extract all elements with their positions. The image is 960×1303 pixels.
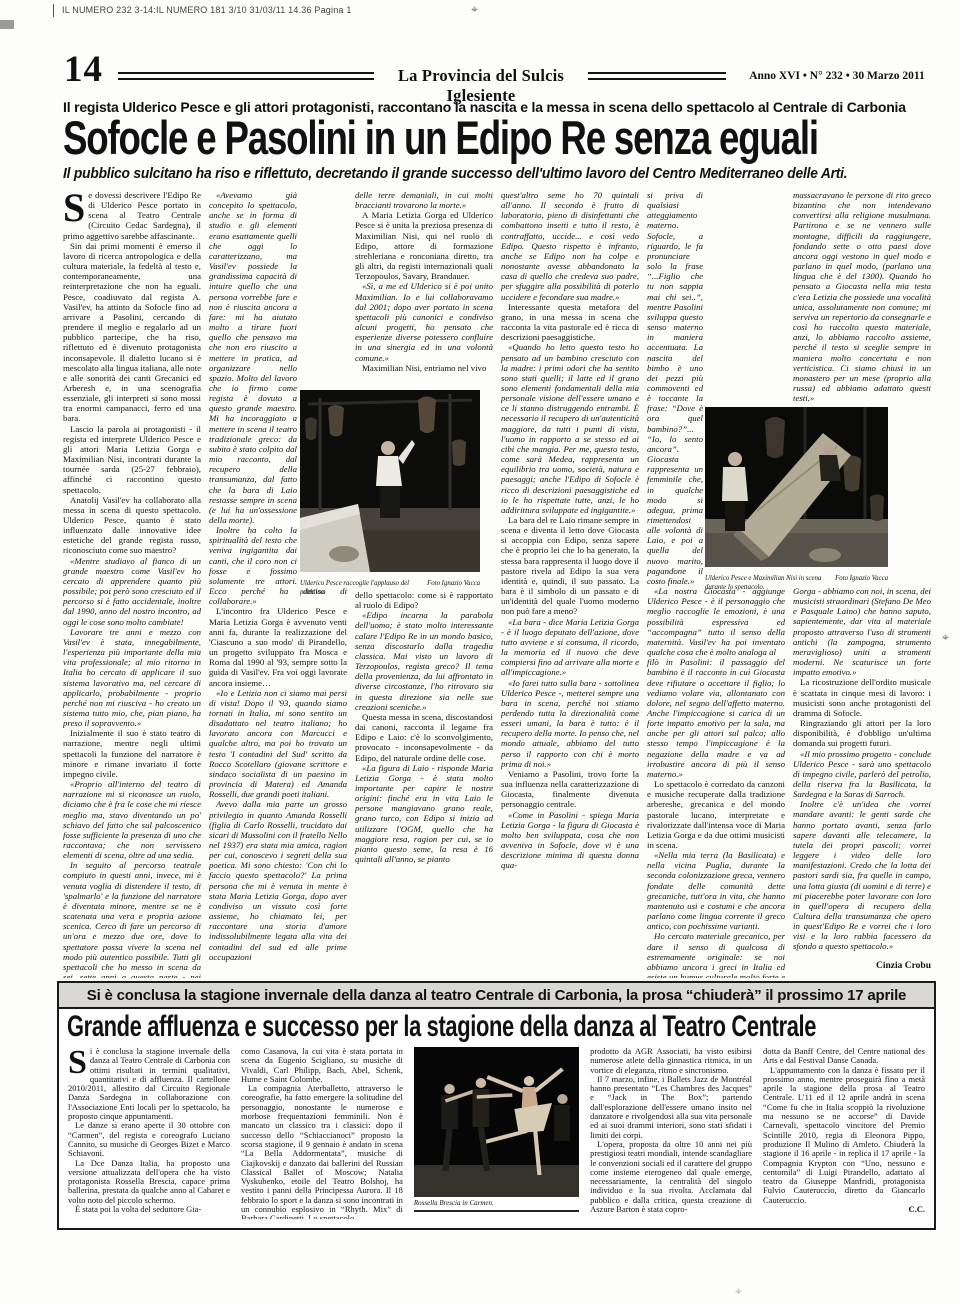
paragraph: Lavorare tre anni e mezzo con Vasil'ev è…: [63, 627, 201, 729]
lead-column-3-bottom: dello spettacolo: come si è rapportato a…: [355, 590, 493, 978]
paragraph: «Edipo incarna la parabola dell'uomo; è …: [355, 610, 493, 712]
paragraph: Le danze si erano aperte il 30 ottobre c…: [68, 1121, 230, 1158]
photo-dancers: Rossella Brescia in Carmen.: [414, 1047, 579, 1219]
lead-column-1: Se dovessi descrivere l'Edipo Re di Ulde…: [63, 190, 201, 978]
page-number: 14: [64, 52, 103, 88]
paragraph: La ricostruzione dell'ordito musicale è …: [793, 677, 931, 718]
paragraph: «Mentre studiavo al fianco di un grande …: [63, 556, 201, 627]
paragraph: La bara del re Laio rimane sempre in sce…: [501, 515, 639, 617]
newspaper-page: IL NUMERO 232 3-14:IL NUMERO 181 3/10 31…: [0, 0, 960, 1303]
dance-column-3: prodotto da AGR Associati, ha visto esib…: [590, 1047, 752, 1219]
paragraph: Veniamo a Pasolini, trovo forte la sua i…: [501, 769, 639, 810]
dance-column-1: Si è conclusa la stagione invernale dell…: [68, 1047, 230, 1219]
paragraph: Inoltre c'è un'idea che vorrei mandare a…: [793, 799, 931, 951]
paragraph: L'appuntamento con la danza è fissato pe…: [763, 1066, 925, 1205]
masthead-rule: [118, 72, 374, 80]
lead-subhead: Il pubblico sulcitano ha riso e riflettu…: [63, 166, 847, 183]
dance-intro-text: Si è conclusa la stagione invernale dell…: [87, 987, 906, 1004]
paragraph: massacravano le persone di rito greco bi…: [793, 190, 931, 402]
paragraph: Se dovessi descrivere l'Edipo Re di Ulde…: [63, 190, 201, 241]
paragraph: Ringraziando gli attori per la loro disp…: [793, 718, 931, 748]
drop-cap: S: [68, 1047, 90, 1077]
paragraph: Questa messa in scena, discostandosi dai…: [355, 712, 493, 763]
photo-credit: Foto Ignazio Vacca: [427, 579, 480, 597]
paragraph: Sin dai primi momenti è emerso il lavoro…: [63, 241, 201, 424]
paragraph: «Nella mia terra (la Basilicata) e nella…: [647, 850, 785, 931]
paragraph: Inizialmente il suo è stato teatro di na…: [63, 728, 201, 779]
paragraph: Lo spettacolo è corredato da canzoni e m…: [647, 779, 785, 850]
photo-coffin-scene: Ulderico Pesce e Maximilian Nisi in scen…: [705, 407, 888, 592]
photo-coffin-scene-image: [705, 407, 888, 567]
paragraph: «La figura di Laio - risponde Maria Leti…: [355, 763, 493, 865]
paragraph: Ho cercato materiale grecanico, per dare…: [647, 931, 785, 978]
photo-dancers-image: [414, 1047, 579, 1197]
paragraph: como Casanova, la cui vita è stata porta…: [241, 1047, 403, 1084]
paragraph: A Maria Letizia Gorga ed Ulderico Pesce …: [355, 210, 493, 281]
paragraph: «Io farei tutto sulla bara - sottolinea …: [501, 678, 639, 769]
dance-article-box: Si è conclusa la stagione invernale dell…: [57, 981, 936, 1230]
paragraph: Interessante questa metafora del grano, …: [501, 302, 639, 343]
photo-caption: Ulderico Pesce raccoglie l'applauso del …: [300, 579, 421, 597]
dance-headline-row: Grande affluenza e successo per la stagi…: [59, 1009, 934, 1045]
masthead-rule: [588, 72, 726, 80]
dance-column-2: como Casanova, la cui vita è stata porta…: [241, 1047, 403, 1219]
paragraph: Avevo dalla mia parte un grosso privileg…: [209, 799, 347, 962]
paragraph: «Sì, a me ed Ulderico si è poi unito Max…: [355, 281, 493, 362]
lead-column-3-top: delle terre demaniali, in cui molti brac…: [355, 190, 493, 388]
lead-byline: Cinzia Crobu: [793, 961, 931, 971]
registration-mark-icon: ⌖: [942, 630, 949, 645]
dance-article-body: Si è conclusa la stagione invernale dell…: [59, 1045, 934, 1221]
lead-column-6-bottom: Gorga - abbiamo con noi, in scena, dei m…: [793, 586, 931, 958]
dance-headline: Grande affluenza e successo per la stagi…: [67, 1010, 816, 1044]
paragraph: L'opera, proposta da oltre 10 anni nei p…: [590, 1140, 752, 1214]
photo-applause-image: [300, 390, 480, 572]
paragraph: «Quando ho letto questo testo ho pensato…: [501, 342, 639, 515]
paragraph: Il 7 marzo, infine, i Ballets Jazz de Mo…: [590, 1075, 752, 1140]
caption-rule: [414, 1210, 579, 1212]
paragraph: «Come in Pasolini - spiega Maria Letizia…: [501, 810, 639, 871]
paragraph: «Io e Letizia non ci siamo mai persi di …: [209, 688, 347, 800]
dance-column-4: dotta da Banff Centre, del Centre nation…: [763, 1047, 925, 1219]
lead-column-6-top: massacravano le persone di rito greco bi…: [793, 190, 931, 402]
paragraph: «Proprio all'interno del teatro di narra…: [63, 779, 201, 860]
photo-applause: Ulderico Pesce raccoglie l'applauso del …: [300, 390, 480, 597]
lead-headline: Sofocle e Pasolini in un Edipo Re senza …: [63, 112, 818, 164]
dance-byline: C.C.: [763, 1205, 925, 1214]
paragraph: «La nostra Giocasta - aggiunge Ulderico …: [647, 586, 785, 657]
drop-cap: S: [63, 190, 88, 224]
paragraph: È stata poi la volta del seduttore Gia-: [68, 1205, 230, 1214]
issue-date: Anno XVI • N° 232 • 30 Marzo 2011: [737, 69, 937, 83]
paragraph: Si è conclusa la stagione invernale dell…: [68, 1047, 230, 1121]
photo-caption: Rossella Brescia in Carmen.: [414, 1199, 579, 1208]
lead-column-4: quest'altro seme ho 70 quintali all'anno…: [501, 190, 639, 978]
paragraph: delle terre demaniali, in cui molti brac…: [355, 190, 493, 210]
paragraph: «La bara - dice Maria Letizia Gorga - è …: [501, 617, 639, 678]
paragraph: Gorga - abbiamo con noi, in scena, dei m…: [793, 586, 931, 677]
paragraph: dotta da Banff Centre, del Centre nation…: [763, 1047, 925, 1066]
paragraph: La Dce Danza Italia, ha proposto una ver…: [68, 1159, 230, 1205]
paragraph: quest'altro seme ho 70 quintali all'anno…: [501, 190, 639, 302]
print-info-line: IL NUMERO 232 3-14:IL NUMERO 181 3/10 31…: [53, 4, 352, 17]
registration-mark-icon: ⌖: [735, 1284, 742, 1299]
paragraph: filò in Pasolini: il passaggio del bambi…: [647, 657, 785, 779]
photo-credit: Foto Ignazio Vacca: [835, 574, 888, 592]
dance-intro-strip: Si è conclusa la stagione invernale dell…: [59, 983, 934, 1009]
paragraph: Anatolij Vasil'ev ha collaborato alla me…: [63, 495, 201, 556]
paragraph: prodotto da AGR Associati, ha visto esib…: [590, 1047, 752, 1075]
paragraph: «Il mio prossimo progetto - conclude Uld…: [793, 749, 931, 800]
paragraph: L'incontro fra Ulderico Pesce e Maria Le…: [209, 606, 347, 687]
registration-mark-icon: ⌖: [471, 2, 478, 17]
photo-caption: Ulderico Pesce e Maximilian Nisi in scen…: [705, 574, 829, 592]
paragraph: In seguito al percorso teatrale compiuto…: [63, 860, 201, 978]
paragraph: Maximilian Nisi, entriamo nel vivo: [355, 363, 493, 373]
paragraph: Lascio la parola ai protagonisti - il re…: [63, 424, 201, 495]
scan-artifact: [0, 20, 14, 29]
paragraph: La compagnia Aterballetto, attraverso le…: [241, 1084, 403, 1219]
